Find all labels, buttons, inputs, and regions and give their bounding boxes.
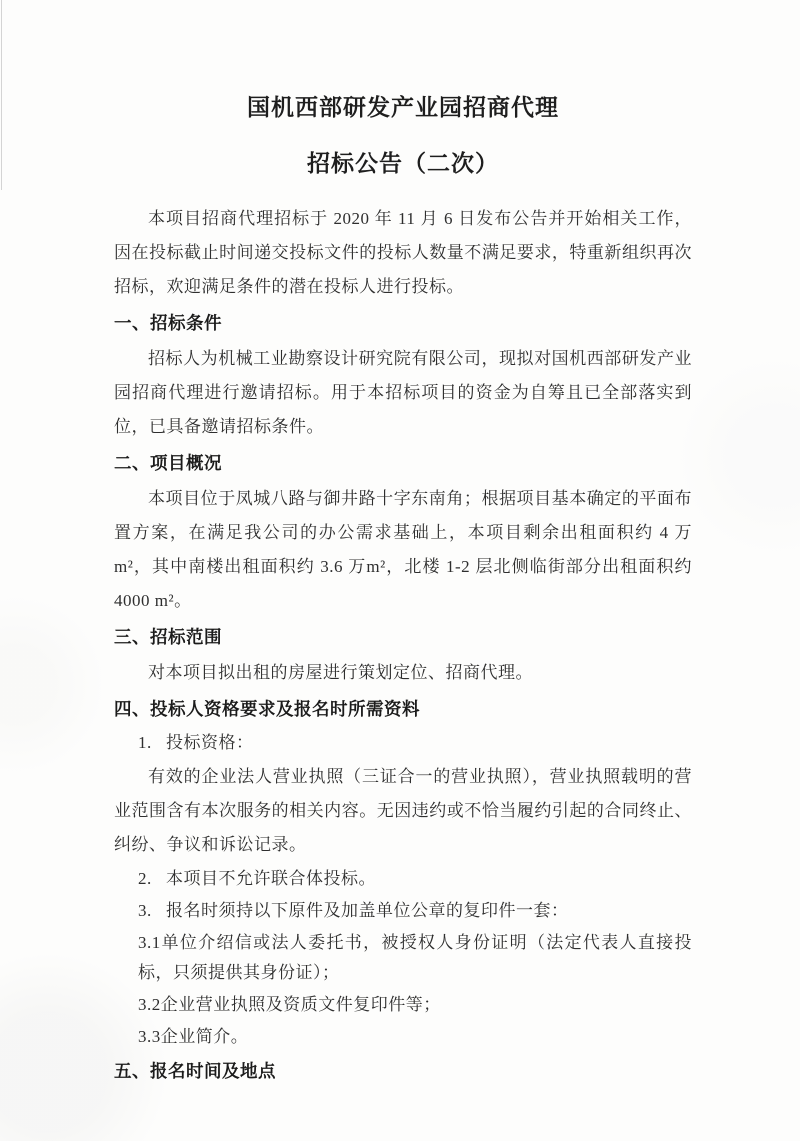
section-heading: 五、报名时间及地点 (114, 1055, 692, 1088)
list-item-1-label: 1. 投标资格： (114, 728, 692, 758)
section-1-tender-conditions: 一、招标条件 招标人为机械工业勘察设计研究院有限公司，现拟对国机西部研发产业园招… (114, 307, 692, 444)
section-paragraph: 对本项目拟出租的房屋进行策划定位、招商代理。 (114, 656, 692, 690)
section-4-bidder-qualifications: 四、投标人资格要求及报名时所需资料 1. 投标资格： 有效的企业法人营业执照（三… (114, 693, 692, 1052)
document-title: 国机西部研发产业园招商代理 (114, 92, 692, 124)
list-item-3-3: 3.3企业简介。 (114, 1022, 692, 1052)
document-body: 国机西部研发产业园招商代理 招标公告（二次） 本项目招商代理招标于 2020 年… (114, 92, 692, 1090)
document-subtitle: 招标公告（二次） (114, 148, 692, 180)
scanned-document-page: { "doc": { "title": "国机西部研发产业园招商代理", "su… (0, 0, 800, 1141)
section-paragraph: 招标人为机械工业勘察设计研究院有限公司，现拟对国机西部研发产业园招商代理进行邀请… (114, 342, 692, 444)
section-heading: 二、项目概况 (114, 447, 692, 480)
section-2-project-overview: 二、项目概况 本项目位于凤城八路与御井路十字东南角；根据项目基本确定的平面布置方… (114, 447, 692, 618)
intro-paragraph: 本项目招商代理招标于 2020 年 11 月 6 日发布公告并开始相关工作，因在… (114, 202, 692, 304)
section-3-tender-scope: 三、招标范围 对本项目拟出租的房屋进行策划定位、招商代理。 (114, 621, 692, 690)
section-5-registration-time-place: 五、报名时间及地点 (114, 1055, 692, 1088)
list-item-1-body: 有效的企业法人营业执照（三证合一的营业执照），营业执照载明的营业范围含有本次服务… (114, 760, 692, 862)
list-item-3-1: 3.1单位介绍信或法人委托书，被授权人身份证明（法定代表人直接投标，只须提供其身… (114, 928, 692, 988)
list-item-2: 2. 本项目不允许联合体投标。 (114, 864, 692, 894)
section-paragraph: 本项目位于凤城八路与御井路十字东南角；根据项目基本确定的平面布置方案，在满足我公… (114, 482, 692, 618)
section-heading: 四、投标人资格要求及报名时所需资料 (114, 693, 692, 726)
section-heading: 三、招标范围 (114, 621, 692, 654)
list-item-3: 3. 报名时须持以下原件及加盖单位公章的复印件一套： (114, 896, 692, 926)
section-heading: 一、招标条件 (114, 307, 692, 340)
list-item-3-2: 3.2企业营业执照及资质文件复印件等； (114, 990, 692, 1020)
scan-edge-artifact (1, 0, 2, 190)
